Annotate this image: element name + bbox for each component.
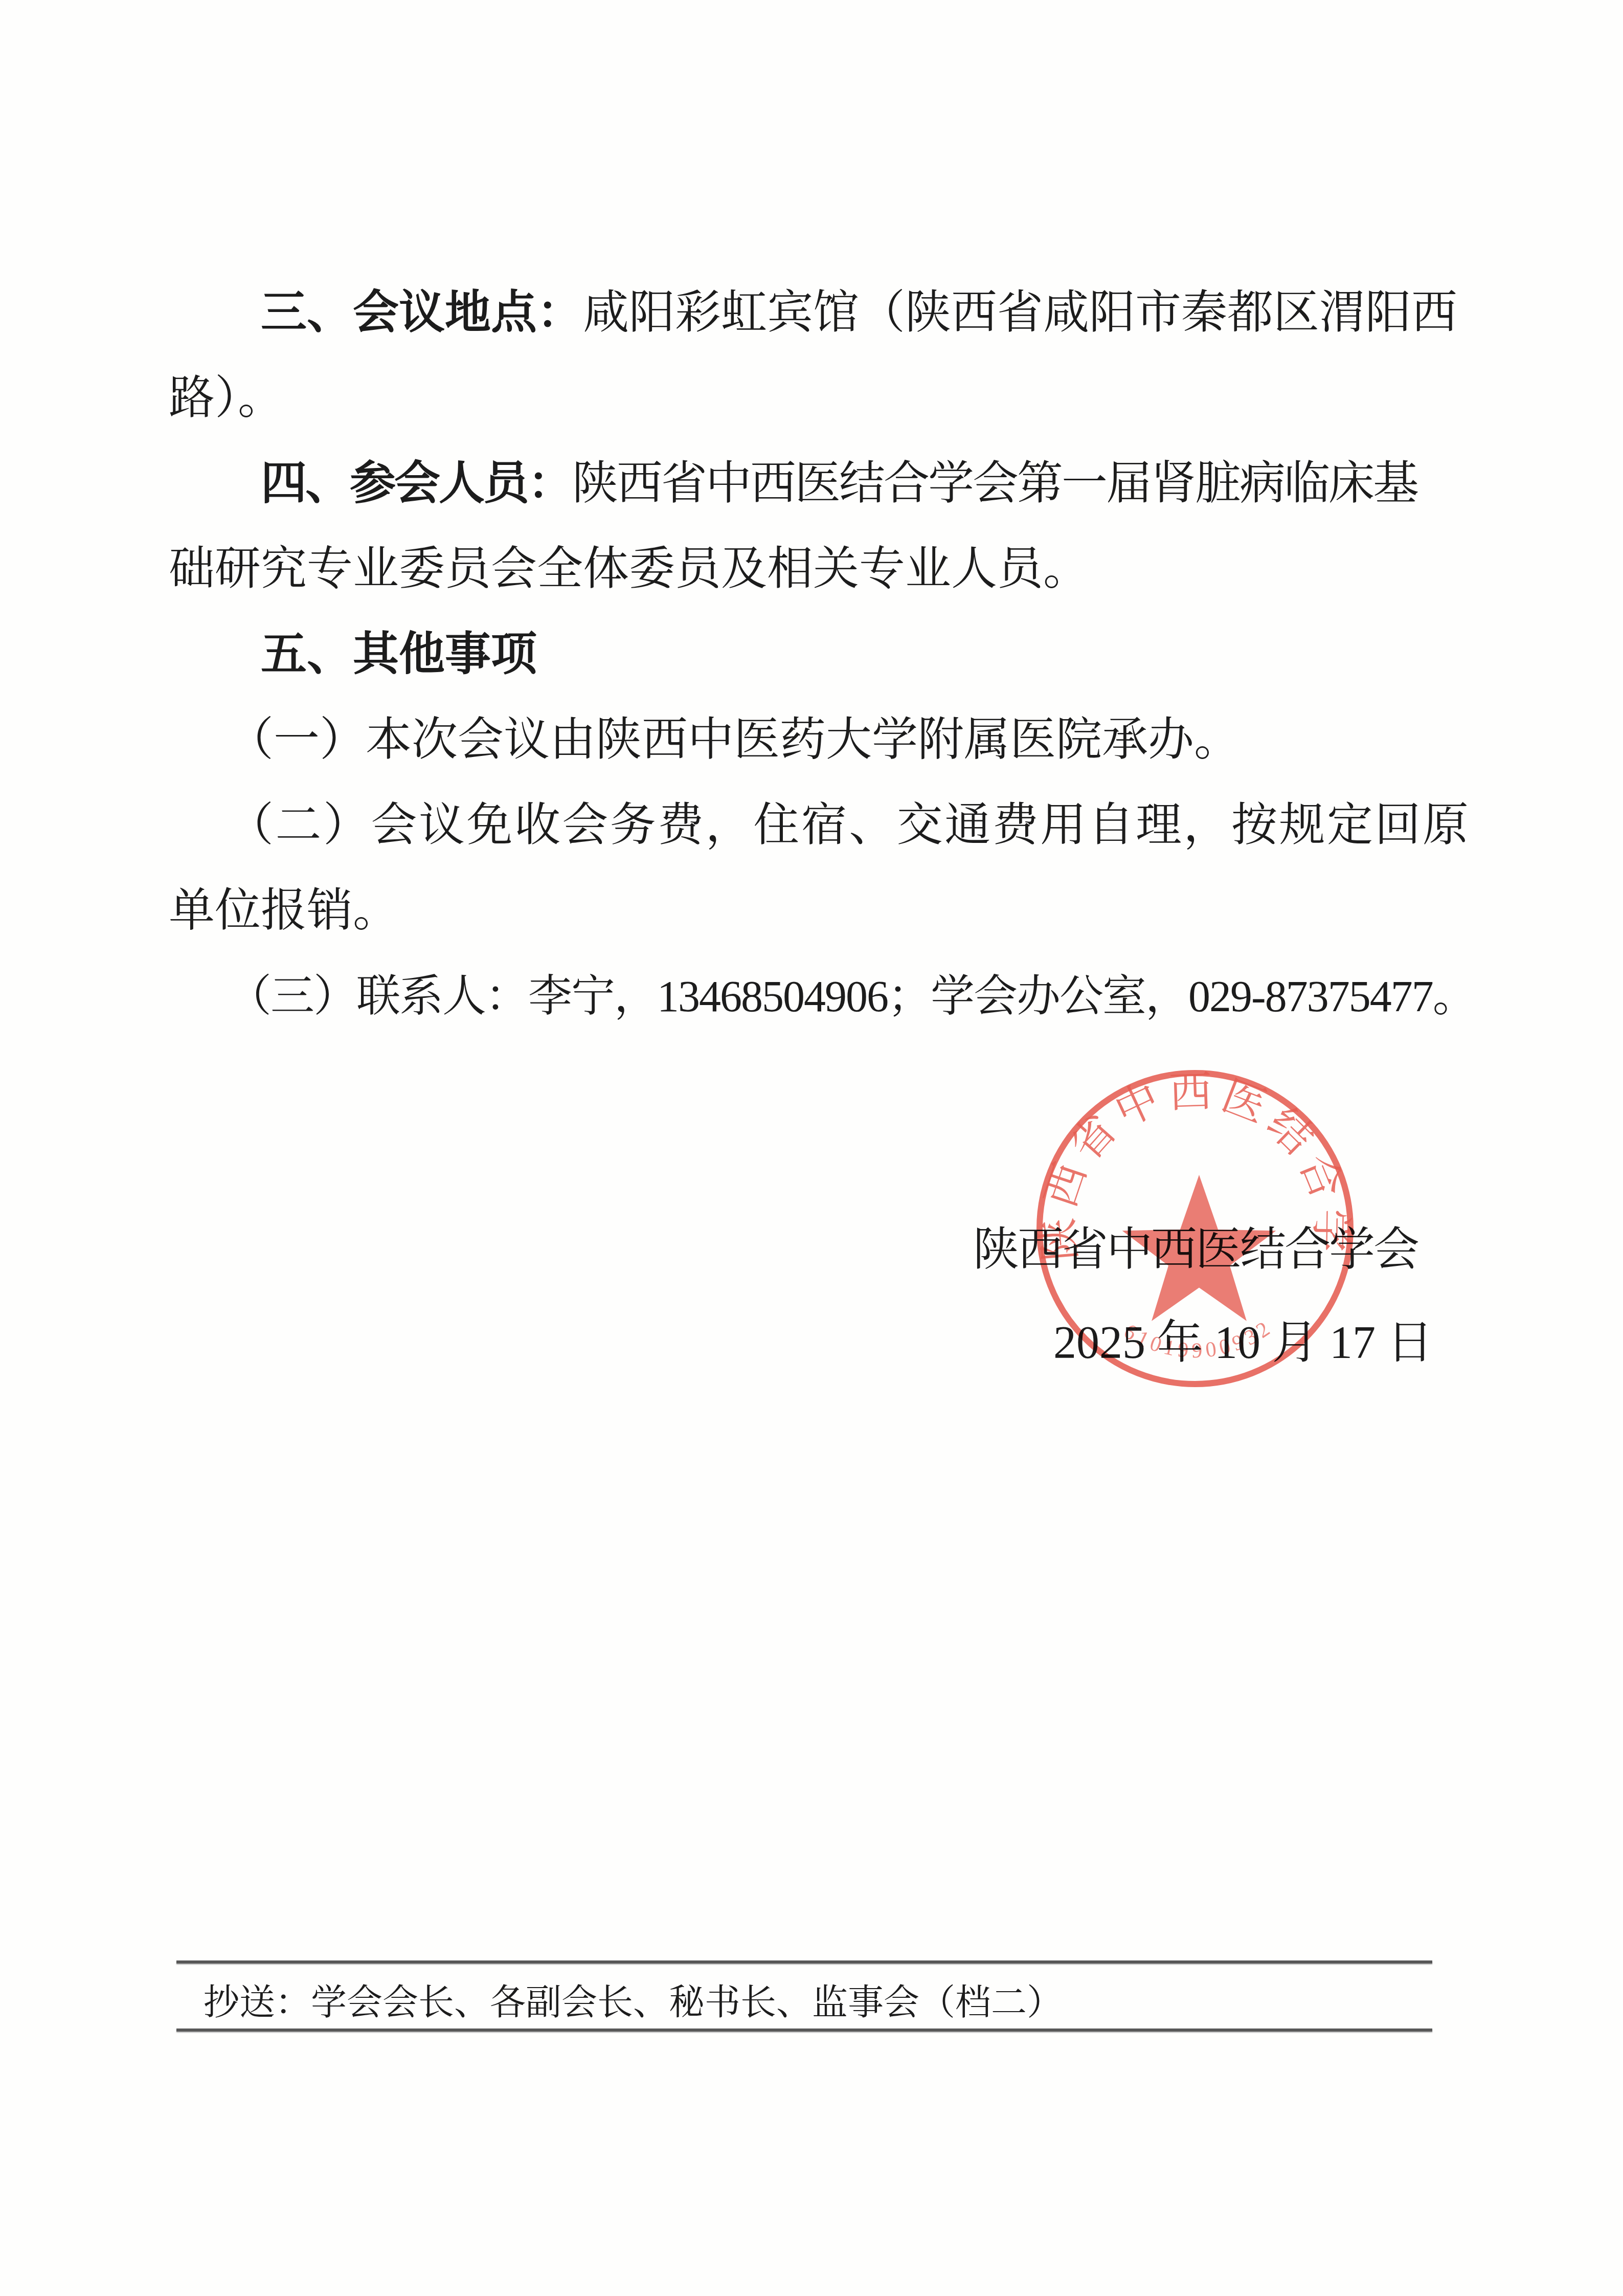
item-label: 三、会议地点：	[261, 287, 583, 338]
line-text: （三）联系人：李宁，13468504906；学会办公室，029-87375477…	[228, 972, 1476, 1021]
line-text: 础研究专业委员会全体委员及相关专业人员。	[169, 544, 1089, 594]
star-icon	[1122, 1175, 1276, 1321]
body-line-item-1: （一）本次会议由陕西中医药大学附属医院承办。	[228, 697, 1240, 783]
line-text: 陕西省中西医结合学会第一届肾脏病临床基	[572, 458, 1417, 509]
footer-cc-line: 抄送：学会会长、各副会长、秘书长、监事会（档二）	[204, 1979, 1063, 2027]
body-line-5-other-heading: 五、其他事项	[261, 612, 537, 698]
line-text: （二）会议免收会务费，住宿、交通费用自理，按规定回原	[228, 800, 1469, 851]
body-line-location-cont: 路）。	[169, 355, 284, 441]
line-text: 咸阳彩虹宾馆（陕西省咸阳市秦都区渭阳西	[583, 287, 1457, 338]
seal-code: 61019900932	[1120, 1318, 1274, 1363]
item-label: 四、参会人员：	[261, 458, 572, 509]
body-line-item-2: （二）会议免收会务费，住宿、交通费用自理，按规定回原	[228, 783, 1469, 868]
seal-graphics: 陕西省中西医结合学会 61019900932	[1034, 1068, 1355, 1384]
body-line-item-2-cont: 单位报销。	[169, 868, 399, 954]
line-text: （一）本次会议由陕西中医药大学附属医院承办。	[228, 715, 1240, 765]
line-text: 路）。	[169, 373, 284, 423]
line-text: 单位报销。	[169, 885, 399, 936]
body-line-4-attendees: 四、参会人员：陕西省中西医结合学会第一届肾脏病临床基	[261, 441, 1469, 527]
official-seal: 陕西省中西医结合学会 61019900932	[1021, 1055, 1369, 1402]
item-label: 五、其他事项	[261, 629, 537, 680]
footer-rule-bottom	[176, 2028, 1432, 2032]
document-page: 三、会议地点：咸阳彩虹宾馆（陕西省咸阳市秦都区渭阳西 路）。 四、参会人员：陕西…	[0, 0, 1623, 2296]
body-line-attendees-cont: 础研究专业委员会全体委员及相关专业人员。	[169, 526, 1089, 612]
footer-rule-top	[176, 1960, 1432, 1964]
body-line-item-3-contacts: （三）联系人：李宁，13468504906；学会办公室，029-87375477…	[228, 953, 1476, 1039]
body-line-3-location: 三、会议地点：咸阳彩虹宾馆（陕西省咸阳市秦都区渭阳西	[261, 270, 1469, 356]
